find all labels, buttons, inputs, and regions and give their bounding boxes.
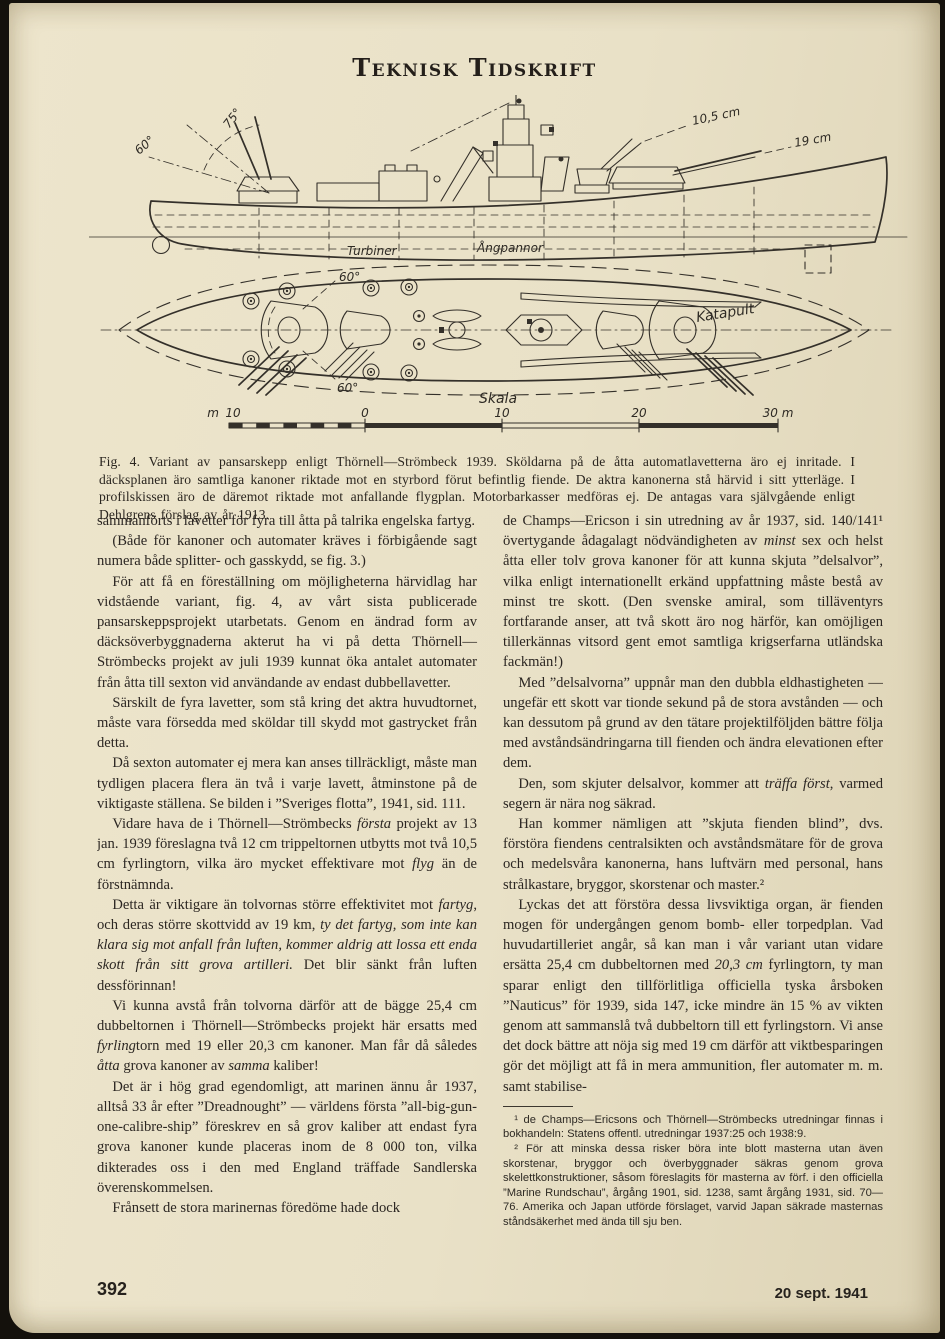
caliber-19-label: 19 cm — [793, 130, 832, 150]
scale-tick-10-left: 10 — [225, 406, 241, 420]
right-column-text: de Champs—Ericson i sin utredning av år … — [503, 511, 883, 1097]
angle-60-plan-top-label: 60° — [339, 270, 360, 284]
figure-4: Turbiner Ångpannor 60° 75° — [89, 95, 917, 523]
article-body: sammanförts i lavetter för fyra till ått… — [97, 511, 883, 1283]
angle-60-plan-bottom-label: 60° — [337, 381, 358, 395]
journal-page: Teknisk Tidskrift — [9, 3, 940, 1333]
right-column: de Champs—Ericson i sin utredning av år … — [503, 511, 883, 1283]
page-number: 392 — [97, 1279, 127, 1300]
footnote: ¹ de Champs—Ericsons och Thörnell—Strömb… — [503, 1113, 883, 1142]
paragraph: Vidare hava de i Thörnell—Strömbecks för… — [97, 814, 477, 895]
paragraph: Frånsett de stora marinernas föredöme ha… — [97, 1198, 477, 1218]
scale-title: Skala — [479, 391, 517, 407]
paragraph: Han kommer nämligen att ”skjuta fienden … — [503, 814, 883, 895]
profile-view: Turbiner Ångpannor 60° 75° — [89, 95, 907, 273]
scanned-page-stage: Teknisk Tidskrift — [0, 0, 945, 1339]
catapult-label: Katapult — [695, 301, 756, 326]
paragraph: Det är i hög grad egendomligt, att marin… — [97, 1077, 477, 1198]
caliber-105-label: 10,5 cm — [691, 104, 742, 128]
paragraph: Den, som skjuter delsalvor, kommer att t… — [503, 774, 883, 814]
footnote: ² För att minska dessa risker böra inte … — [503, 1142, 883, 1230]
paragraph: sammanförts i lavetter för fyra till ått… — [97, 511, 477, 531]
footnote-rule — [503, 1106, 573, 1107]
scale-bar: Skala m 10 0 10 20 30 m — [207, 391, 793, 432]
paragraph: Detta är viktigare än tolvornas större e… — [97, 895, 477, 996]
paragraph: För att få en föreställning om möjlighet… — [97, 572, 477, 693]
paragraph: de Champs—Ericson i sin utredning av år … — [503, 511, 883, 673]
footnotes: ¹ de Champs—Ericsons och Thörnell—Strömb… — [503, 1113, 883, 1230]
angle-75-label: 75° — [220, 105, 244, 130]
scale-tick-10: 10 — [494, 406, 510, 420]
paragraph: Då sexton automater ej mera kan anses ti… — [97, 753, 477, 814]
turbines-label: Turbiner — [347, 244, 398, 258]
issue-date: 20 sept. 1941 — [775, 1285, 868, 1302]
scale-tick-20: 20 — [631, 406, 647, 420]
scale-tick-0: 0 — [361, 406, 369, 420]
paragraph: Särskilt de fyra lavetter, som stå kring… — [97, 693, 477, 754]
boilers-label: Ångpannor — [476, 240, 544, 255]
paragraph: Lyckas det att förstöra dessa livsviktig… — [503, 895, 883, 1097]
angle-60-profile-label: 60° — [132, 133, 157, 157]
scale-tick-30: 30 m — [763, 406, 794, 420]
paragraph: (Både för kanoner och automater kräves i… — [97, 531, 477, 571]
warship-drawing: Turbiner Ångpannor 60° 75° — [89, 95, 909, 443]
scale-unit: m — [207, 406, 219, 420]
journal-title: Teknisk Tidskrift — [9, 53, 940, 82]
deck-plan-view: Katapult 60° 60° — [101, 265, 895, 395]
paragraph: Vi kunna avstå från tolvorna därför att … — [97, 996, 477, 1077]
left-column: sammanförts i lavetter för fyra till ått… — [97, 511, 477, 1283]
paragraph: Med ”delsalvorna” uppnår man den dubbla … — [503, 673, 883, 774]
